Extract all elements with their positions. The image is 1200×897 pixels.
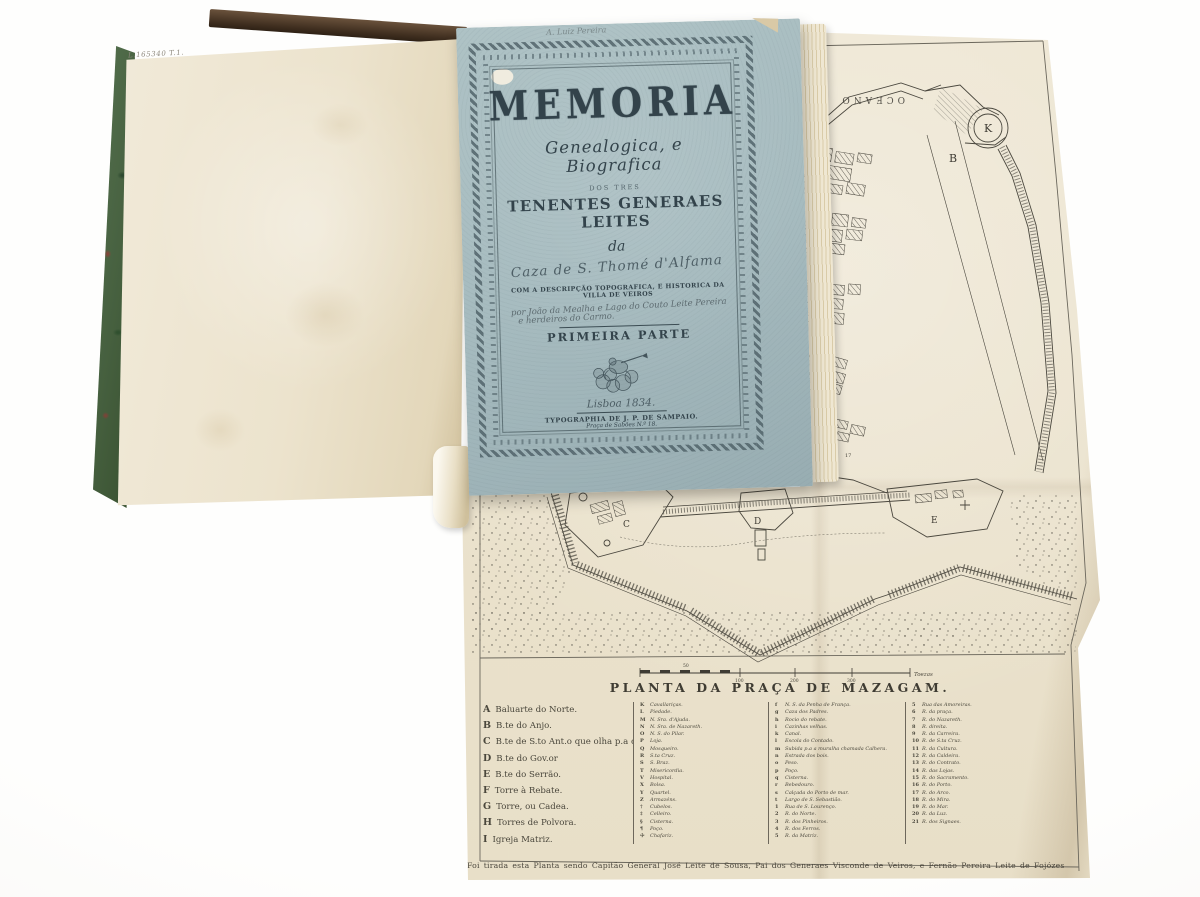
map-title: PLANTA DA PRAÇA DE MAZAGAM.: [485, 680, 1075, 695]
legend-entry: 16R. do Porto.: [912, 782, 1043, 789]
photo-of-book-and-map: L.165340 T.1.: [0, 0, 1200, 897]
cover-main-title: TENENTES GENERAES LEITES: [497, 191, 735, 234]
legend-entry: 17R. do Arco.: [912, 790, 1043, 797]
scale-unit-label: Toezas: [914, 672, 933, 678]
legend-entry: oPeso.: [775, 760, 905, 767]
legend-entry: pPoço.: [775, 768, 905, 775]
legend-entry: 4R. dos Ferros.: [775, 826, 905, 833]
handwritten-owner-inscription: A. Luiz Pereira: [546, 25, 606, 37]
legend-entry: YQuartel.: [640, 790, 768, 797]
marker-c: C: [623, 520, 630, 530]
legend-entry: GTorre, ou Cadea.: [483, 799, 633, 815]
legend-column-1: ABaluarte do Norte.BB.te do Anjo.CB.te d…: [483, 702, 633, 844]
legend-entry: MN. Sra. d'Ajuda.: [640, 717, 768, 724]
cover-part-label: PRIMEIRA PARTE: [547, 327, 692, 345]
legend-entry: 2R. do Norte.: [775, 811, 905, 818]
book-left-page: [110, 34, 468, 512]
legend-entry: TMisericordia.: [640, 768, 768, 775]
marker-d: D: [754, 517, 761, 527]
bastion-b-hatch: [933, 87, 983, 135]
legend-entry: 1Rua de S. Lourenço.: [775, 804, 905, 811]
marker-b: B: [949, 152, 957, 165]
imprint-address: Praça de Sabões N.º 18.: [586, 422, 657, 430]
legend-entry: ☩Chafariz.: [640, 833, 768, 840]
marker-e: E: [931, 516, 938, 526]
legend-column-2: KCavallariças.LPiedade.MN. Sra. d'Ajuda.…: [633, 702, 768, 844]
handwritten-house-title: Caza de S. Thomé d'Alfama: [511, 252, 724, 281]
map-caption: Foi tirada esta Planta sendo Capitão Gen…: [467, 861, 1081, 870]
legend-entry: †Cubelos.: [640, 804, 768, 811]
folded-corner: [752, 18, 778, 33]
legend-entry: ZArmazéns.: [640, 797, 768, 804]
legend-entry: ‡Celleiro.: [640, 811, 768, 818]
legend-entry: 20R. da Luz.: [912, 811, 1043, 818]
legend-entry: EB.te do Serrão.: [483, 767, 633, 783]
legend-entry: ON. S. do Pilar.: [640, 731, 768, 738]
legend-entry: 19R. do Mar.: [912, 804, 1043, 811]
imprint-place-year: Lisboa 1834.: [587, 397, 656, 411]
cover-subtitle: Genealogica, e Biografica: [495, 133, 733, 178]
legend-entry: mSubida p.a a muralha chamada Calhera.: [775, 746, 905, 753]
title-frame: MEMORIA Genealogica, e Biografica DOS TR…: [492, 62, 741, 433]
cover-dos-tres: DOS TRES: [589, 183, 641, 192]
legend-entry: 5Rua das Amoreiras.: [912, 702, 1043, 709]
legend-entry: KCavallariças.: [640, 702, 768, 709]
causeway-hatch: [663, 495, 910, 512]
legend-column-3: fN. S. da Penha de França.gCaza dos Padr…: [768, 702, 905, 844]
legend-entry: RS.ta Cruz.: [640, 753, 768, 760]
page-curl: [433, 446, 469, 528]
legend-entry: rBebedouro.: [775, 782, 905, 789]
legend-entry: sCalçada do Porto de mar.: [775, 790, 905, 797]
legend-entry: 7R. do Nazareth.: [912, 717, 1043, 724]
legend-entry: 15R. do Sacramento.: [912, 775, 1043, 782]
legend-entry: DB.te do Gov.or: [483, 751, 633, 767]
legend-entry: CB.te de S.to Ant.o que olha p.a o alto …: [483, 734, 633, 750]
legend-entry: FTorre à Rebate.: [483, 783, 633, 799]
pamphlet-front-cover: A. Luiz Pereira MEMORIA Genealogica, e B…: [456, 18, 813, 495]
legend-entry: 11R. da Cultura.: [912, 746, 1043, 753]
legend-entry: tLargo de S. Sebastião.: [775, 797, 905, 804]
legend-entry: nEstrada dos bois.: [775, 753, 905, 760]
legend-entry: ¶Poço.: [640, 826, 768, 833]
legend-entry: BB.te do Anjo.: [483, 718, 633, 734]
book-cover-board: [209, 9, 468, 45]
legend-entry: fN. S. da Penha de França.: [775, 702, 905, 709]
legend-entry: 13R. do Contrato.: [912, 760, 1043, 767]
legend-entry: §Cisterna.: [640, 819, 768, 826]
legend-entry: 3R. dos Pinheiros.: [775, 819, 905, 826]
legend-entry: 21R. dos Signaes.: [912, 819, 1043, 826]
marker-k: K: [984, 122, 993, 135]
legend-entry: 9R. da Carreira.: [912, 731, 1043, 738]
legend-entry: iCazinhas velhas.: [775, 724, 905, 731]
legend-entry: 5R. da Matriz.: [775, 833, 905, 840]
legend-entry: 6R. da praça.: [912, 709, 1043, 716]
legend-entry: VHospital.: [640, 775, 768, 782]
cherub-trumpet-vignette-icon: [565, 347, 676, 397]
legend-entry: HTorres de Polvora.: [483, 815, 633, 831]
legend-entry: IIgreja Matriz.: [483, 832, 633, 848]
legend-entry: 14R. das Lojas.: [912, 768, 1043, 775]
shoreline-dashed: [620, 533, 885, 547]
legend-entry: QMosqueiro.: [640, 746, 768, 753]
legend-entry: ABaluarte do Norte.: [483, 702, 633, 718]
legend-entry: kCanal.: [775, 731, 905, 738]
legend-entry: 12R. da Caldeira.: [912, 753, 1043, 760]
legend-entry: NN. Sra. de Nazareth.: [640, 724, 768, 731]
legend-entry: hRocio do rebate.: [775, 717, 905, 724]
cover-da: da: [608, 238, 626, 254]
plan-number: 17: [845, 453, 851, 459]
terrain-stipple: [469, 487, 1079, 655]
map-legend: ABaluarte do Norte.BB.te do Anjo.CB.te d…: [483, 702, 1079, 844]
legend-entry: PLoja.: [640, 738, 768, 745]
legend-entry: 10R. de S.ta Cruz.: [912, 738, 1043, 745]
pamphlet: A. Luiz Pereira MEMORIA Genealogica, e B…: [456, 18, 841, 500]
legend-entry: XBolsa.: [640, 782, 768, 789]
legend-entry: SS. Braz.: [640, 760, 768, 767]
legend-entry: qCisterna.: [775, 775, 905, 782]
legend-entry: LPiedade.: [640, 709, 768, 716]
cover-title: MEMORIA: [488, 77, 737, 131]
legend-entry: 18R. do Mira.: [912, 797, 1043, 804]
scale-tick: 50: [683, 663, 689, 669]
legend-column-4: 5Rua das Amoreiras.6R. da praça.7R. do N…: [905, 702, 1043, 844]
legend-entry: gCaza dos Padres.: [775, 709, 905, 716]
legend-entry: 8R. direita.: [912, 724, 1043, 731]
legend-entry: lEscola do Contado.: [775, 738, 905, 745]
